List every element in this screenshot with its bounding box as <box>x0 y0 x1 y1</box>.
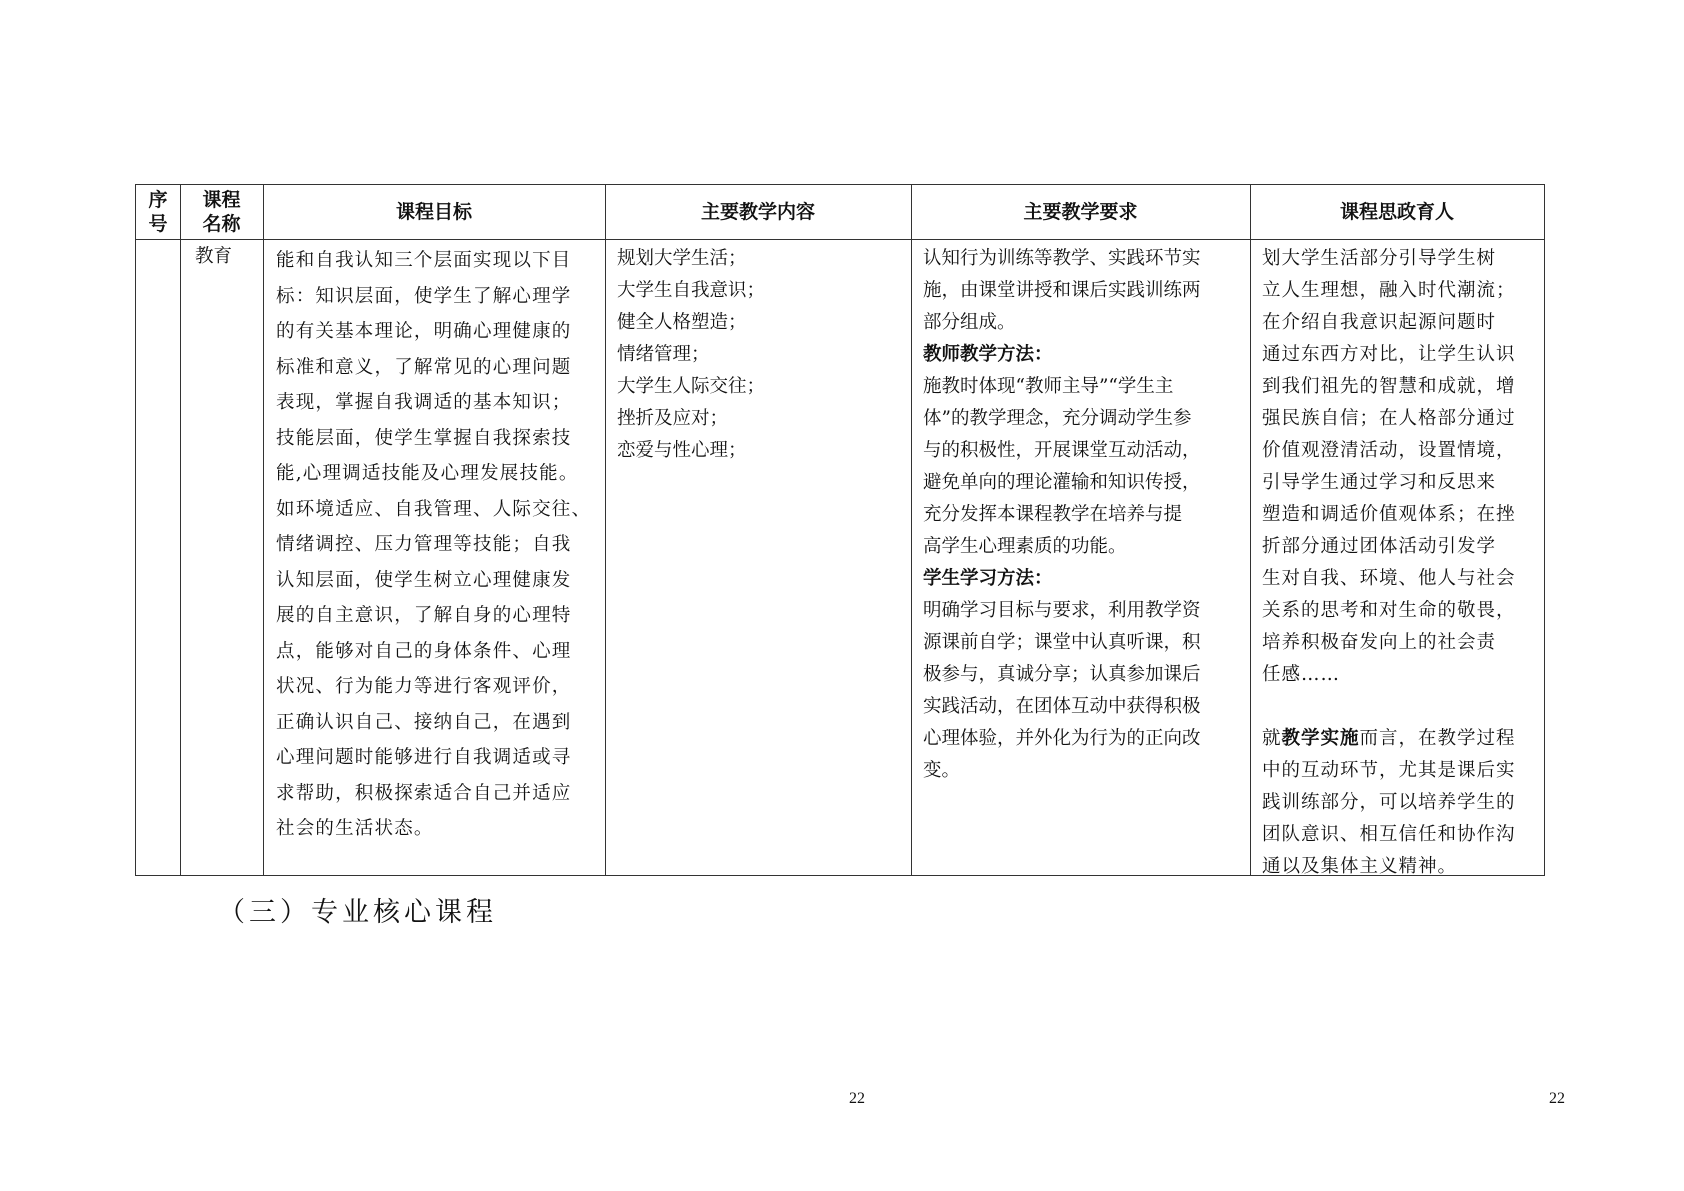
text-line: 体”的教学理念，充分调动学生参 <box>923 403 1245 435</box>
text-line: 立人生理想，融入时代潮流； <box>1262 275 1542 307</box>
col-divider <box>180 185 181 875</box>
text-line: 践训练部分，可以培养学生的 <box>1262 787 1542 819</box>
header-seq-line2: 号 <box>148 212 167 236</box>
text-line: 情绪调控、压力管理等技能；自我 <box>276 527 601 563</box>
text-line: 能和自我认知三个层面实现以下目 <box>276 243 601 279</box>
text-line: 的有关基本理论，明确心理健康的 <box>276 314 601 350</box>
text-line: 表现，掌握自我调适的基本知识； <box>276 385 601 421</box>
header-content: 主要教学内容 <box>605 185 911 239</box>
header-name-line2: 名称 <box>202 212 240 236</box>
text-line: 生对自我、环境、他人与社会 <box>1262 563 1542 595</box>
list-item: 规划大学生活； <box>617 243 907 275</box>
page-number-right: 22 <box>1549 1090 1565 1108</box>
text-line: 源课前自学；课堂中认真听课，积 <box>923 627 1245 659</box>
text-line: 高学生心理素质的功能。 <box>923 531 1245 563</box>
text-line: 如环境适应、自我管理、人际交往、 <box>276 492 601 528</box>
text-line: 标：知识层面，使学生了解心理学 <box>276 279 601 315</box>
header-seq-line1: 序 <box>148 188 167 212</box>
list-item: 大学生自我意识； <box>617 275 907 307</box>
text-line: 实践活动，在团体互动中获得积极 <box>923 691 1245 723</box>
text-line: 技能层面，使学生掌握自我探索技 <box>276 421 601 457</box>
section-heading: （三）专业核心课程 <box>218 890 497 929</box>
header-course-name: 课程 名称 <box>180 185 263 239</box>
student-method-heading: 学生学习方法： <box>923 563 1245 595</box>
list-item: 健全人格塑造； <box>617 307 907 339</box>
text-line: 求帮助，积极探索适合自己并适应 <box>276 776 601 812</box>
curriculum-table: 序 号 课程 名称 课程目标 主要教学内容 主要教学要求 课程思政育人 教育 能… <box>135 184 1545 876</box>
header-requirements: 主要教学要求 <box>911 185 1250 239</box>
list-item: 大学生人际交往； <box>617 371 907 403</box>
text-line: 关系的思考和对生命的敬畏， <box>1262 595 1542 627</box>
text-line: 认知层面，使学生树立心理健康发 <box>276 563 601 599</box>
bold-fragment: 教学实施 <box>1282 728 1360 749</box>
text-fragment: 而言，在教学过程 <box>1360 728 1516 749</box>
text-line: 部分组成。 <box>923 307 1245 339</box>
text-line: 避免单向的理论灌输和知识传授， <box>923 467 1245 499</box>
content-cell: 规划大学生活； 大学生自我意识； 健全人格塑造； 情绪管理； 大学生人际交往； … <box>617 243 907 467</box>
text-line: 强民族自信；在人格部分通过 <box>1262 403 1542 435</box>
text-line: 通以及集体主义精神。 <box>1262 851 1542 883</box>
text-line: 通过东西方对比，让学生认识 <box>1262 339 1542 371</box>
text-line: 在介绍自我意识起源问题时 <box>1262 307 1542 339</box>
header-divider <box>136 239 1544 240</box>
text-line: 充分发挥本课程教学在培养与提 <box>923 499 1245 531</box>
text-line: 到我们祖先的智慧和成就，增 <box>1262 371 1542 403</box>
text-line: 正确认识自己、接纳自己，在遇到 <box>276 705 601 741</box>
header-name-line1: 课程 <box>202 188 240 212</box>
header-ideology: 课程思政育人 <box>1250 185 1544 239</box>
text-line: 标准和意义，了解常见的心理问题 <box>276 350 601 386</box>
ideology-cell: 划大学生活部分引导学生树 立人生理想，融入时代潮流； 在介绍自我意识起源问题时 … <box>1262 243 1542 883</box>
text-line: 心理问题时能够进行自我调适或寻 <box>276 740 601 776</box>
col-divider <box>263 185 264 875</box>
text-line: 价值观澄清活动，设置情境， <box>1262 435 1542 467</box>
list-item: 情绪管理； <box>617 339 907 371</box>
text-line: 折部分通过团体活动引发学 <box>1262 531 1542 563</box>
text-line: 任感…… <box>1262 659 1542 691</box>
blank-line <box>1262 691 1542 723</box>
course-name-cell: 教育 <box>195 243 232 271</box>
text-line: 社会的生活状态。 <box>276 811 601 847</box>
col-divider <box>1250 185 1251 875</box>
text-line: 施教时体现“教师主导”“学生主 <box>923 371 1245 403</box>
col-divider <box>605 185 606 875</box>
text-line: 能,心理调适技能及心理发展技能。 <box>276 456 601 492</box>
text-line: 心理体验，并外化为行为的正向改 <box>923 723 1245 755</box>
text-line: 与的积极性，开展课堂互动活动， <box>923 435 1245 467</box>
col-divider <box>911 185 912 875</box>
teaching-implementation-line: 就教学实施而言，在教学过程 <box>1262 723 1542 755</box>
text-fragment: 就 <box>1262 728 1282 749</box>
text-line: 划大学生活部分引导学生树 <box>1262 243 1542 275</box>
text-line: 培养积极奋发向上的社会责 <box>1262 627 1542 659</box>
header-seq: 序 号 <box>136 185 180 239</box>
text-line: 塑造和调适价值观体系；在挫 <box>1262 499 1542 531</box>
text-line: 极参与，真诚分享；认真参加课后 <box>923 659 1245 691</box>
text-line: 展的自主意识，了解自身的心理特 <box>276 598 601 634</box>
text-line: 变。 <box>923 755 1245 787</box>
requirements-cell: 认知行为训练等教学、实践环节实 施，由课堂讲授和课后实践训练两 部分组成。 教师… <box>923 243 1245 787</box>
text-line: 明确学习目标与要求，利用教学资 <box>923 595 1245 627</box>
list-item: 恋爱与性心理； <box>617 435 907 467</box>
text-line: 引导学生通过学习和反思来 <box>1262 467 1542 499</box>
text-line: 认知行为训练等教学、实践环节实 <box>923 243 1245 275</box>
objectives-cell: 能和自我认知三个层面实现以下目 标：知识层面，使学生了解心理学 的有关基本理论，… <box>276 243 601 847</box>
header-objectives: 课程目标 <box>263 185 605 239</box>
page-number-center: 22 <box>849 1090 865 1108</box>
text-line: 团队意识、相互信任和协作沟 <box>1262 819 1542 851</box>
text-line: 中的互动环节，尤其是课后实 <box>1262 755 1542 787</box>
list-item: 挫折及应对； <box>617 403 907 435</box>
teacher-method-heading: 教师教学方法： <box>923 339 1245 371</box>
text-line: 状况、行为能力等进行客观评价， <box>276 669 601 705</box>
text-line: 点，能够对自己的身体条件、心理 <box>276 634 601 670</box>
text-line: 施，由课堂讲授和课后实践训练两 <box>923 275 1245 307</box>
